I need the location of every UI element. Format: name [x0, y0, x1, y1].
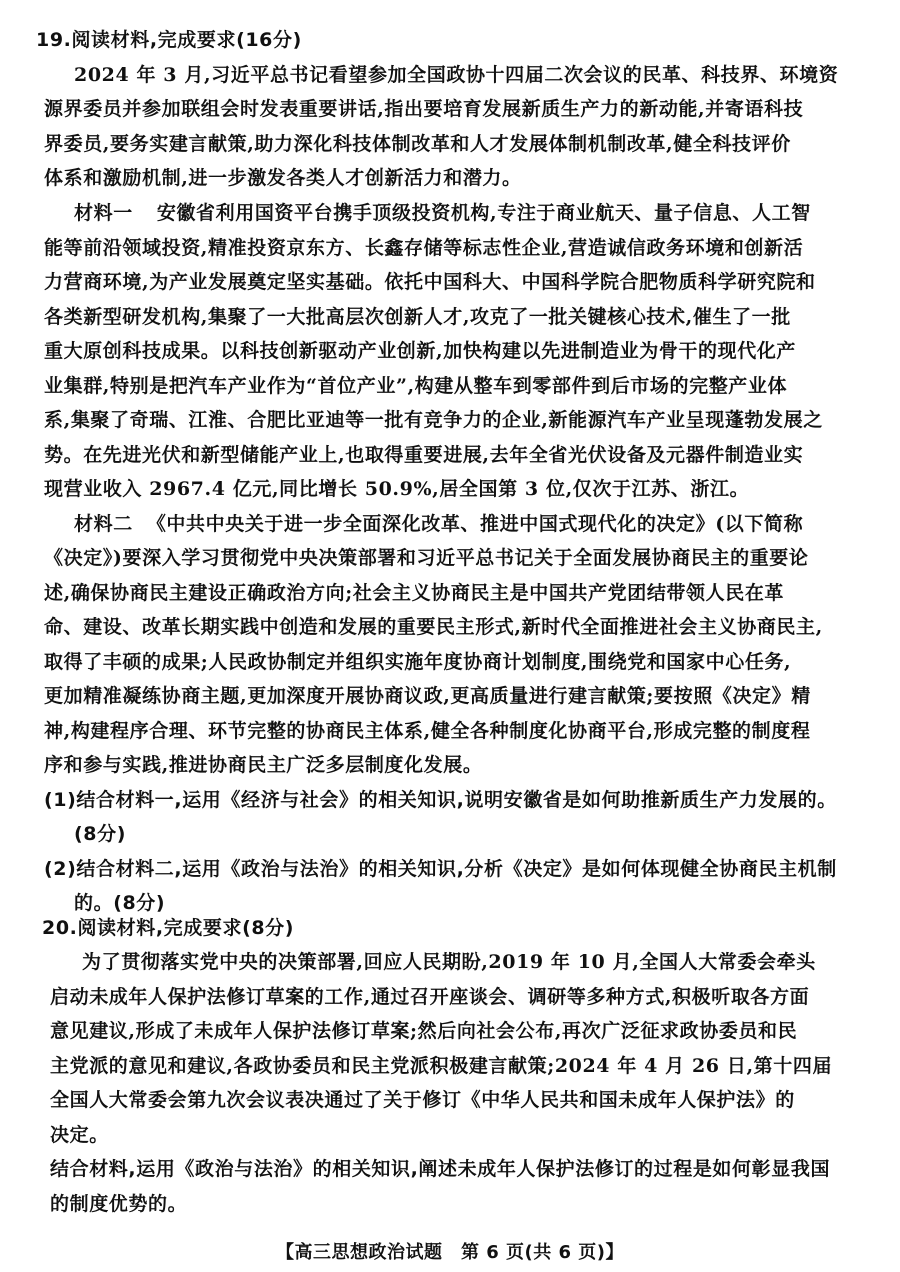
material-2-line: 取得了丰硕的成果;人民政协制定并组织实施年度协商计划制度,围绕党和国家中心任务,	[44, 650, 791, 674]
material-2-line: 命、建设、改革长期实践中创造和发展的重要民主形式,新时代全面推进社会主义协商民主…	[44, 615, 823, 639]
material-1-line: 各类新型研发机构,集聚了一大批高层次创新人才,攻克了一批关键核心技术,催生了一批	[44, 305, 791, 329]
q19-intro-line: 界委员,要务实建言献策,助力深化科技体制改革和人才发展体制机制改革,健全科技评价	[44, 132, 791, 156]
q20-material-line: 主党派的意见和建议,各政协委员和民主党派积极建言献策;2024 年 4 月 26…	[50, 1054, 832, 1078]
q20-material-line: 全国人大常委会第九次会议表决通过了关于修订《中华人民共和国未成年人保护法》的	[50, 1088, 795, 1112]
q20-material-line: 决定。	[50, 1123, 109, 1147]
material-2-text: 《中共中央关于进一步全面深化改革、推进中国式现代化的决定》(以下简称	[147, 513, 803, 535]
material-1-line: 力营商环境,为产业发展奠定坚实基础。依托中国科大、中国科学院合肥物质科学研究院和	[44, 270, 816, 294]
material-1-line: 能等前沿领域投资,精准投资京东方、长鑫存储等标志性企业,营造诚信政务环境和创新活	[44, 236, 803, 260]
material-1-label: 材料一	[74, 202, 133, 224]
material-1-first-line: 材料一安徽省利用国资平台携手顶级投资机构,专注于商业航天、量子信息、人工智	[74, 201, 811, 225]
q20-material-line: 启动未成年人保护法修订草案的工作,通过召开座谈会、调研等多种方式,积极听取各方面	[50, 985, 809, 1009]
material-2-line: 更加精准凝练协商主题,更加深度开展协商议政,更高质量进行建言献策;要按照《决定》…	[44, 684, 811, 708]
material-2-line: 《决定》)要深入学习贯彻党中央决策部署和习近平总书记关于全面发展协商民主的重要论	[44, 546, 809, 570]
material-2-label: 材料二	[74, 513, 133, 535]
material-1-text: 安徽省利用国资平台携手顶级投资机构,专注于商业航天、量子信息、人工智	[157, 202, 811, 224]
exam-page: 19.阅读材料,完成要求(16分) 2024 年 3 月,习近平总书记看望参加全…	[0, 0, 900, 1272]
sub-question-1-score: (8分)	[74, 822, 126, 846]
material-2-line: 序和参与实践,推进协商民主广泛多层制度化发展。	[44, 753, 482, 777]
material-1-line: 势。在先进光伏和新型储能产业上,也取得重要进展,去年全省光伏设备及元器件制造业实	[44, 443, 803, 467]
q20-question-line: 的制度优势的。	[50, 1192, 187, 1216]
sub-question-1: (1)结合材料一,运用《经济与社会》的相关知识,说明安徽省是如何助推新质生产力发…	[44, 788, 837, 812]
q19-intro-line: 源界委员并参加联组会时发表重要讲话,指出要培育发展新质生产力的新动能,并寄语科技	[44, 97, 803, 121]
page-footer: 【高三思想政治试题 第 6 页(共 6 页)】	[0, 1238, 900, 1264]
q20-question-line: 结合材料,运用《政治与法治》的相关知识,阐述未成年人保护法修订的过程是如何彰显我…	[50, 1157, 830, 1181]
q20-material-line: 为了贯彻落实党中央的决策部署,回应人民期盼,2019 年 10 月,全国人大常委…	[82, 950, 816, 974]
q19-intro-line: 2024 年 3 月,习近平总书记看望参加全国政协十四届二次会议的民革、科技界、…	[74, 63, 838, 87]
q19-intro-line: 体系和激励机制,进一步激发各类人才创新活力和潜力。	[44, 166, 522, 190]
material-2-first-line: 材料二《中共中央关于进一步全面深化改革、推进中国式现代化的决定》(以下简称	[74, 512, 803, 536]
material-1-line: 系,集聚了奇瑞、江淮、合肥比亚迪等一批有竞争力的企业,新能源汽车产业呈现蓬勃发展…	[44, 408, 823, 432]
question-20-title: 20.阅读材料,完成要求(8分)	[42, 916, 294, 940]
sub-question-2: (2)结合材料二,运用《政治与法治》的相关知识,分析《决定》是如何体现健全协商民…	[44, 857, 837, 881]
sub-question-2-score: 的。(8分)	[74, 891, 165, 915]
material-2-line: 述,确保协商民主建设正确政治方向;社会主义协商民主是中国共产党团结带领人民在革	[44, 581, 784, 605]
material-1-line: 现营业收入 2967.4 亿元,同比增长 50.9%,居全国第 3 位,仅次于江…	[44, 477, 749, 501]
q20-material-line: 意见建议,形成了未成年人保护法修订草案;然后向社会公布,再次广泛征求政协委员和民	[50, 1019, 797, 1043]
material-1-line: 业集群,特别是把汽车产业作为“首位产业”,构建从整车到零部件到后市场的完整产业体	[44, 374, 787, 398]
material-1-line: 重大原创科技成果。以科技创新驱动产业创新,加快构建以先进制造业为骨干的现代化产	[44, 339, 796, 363]
material-2-line: 神,构建程序合理、环节完整的协商民主体系,健全各种制度化协商平台,形成完整的制度…	[44, 719, 810, 743]
question-19-title: 19.阅读材料,完成要求(16分)	[36, 28, 302, 52]
